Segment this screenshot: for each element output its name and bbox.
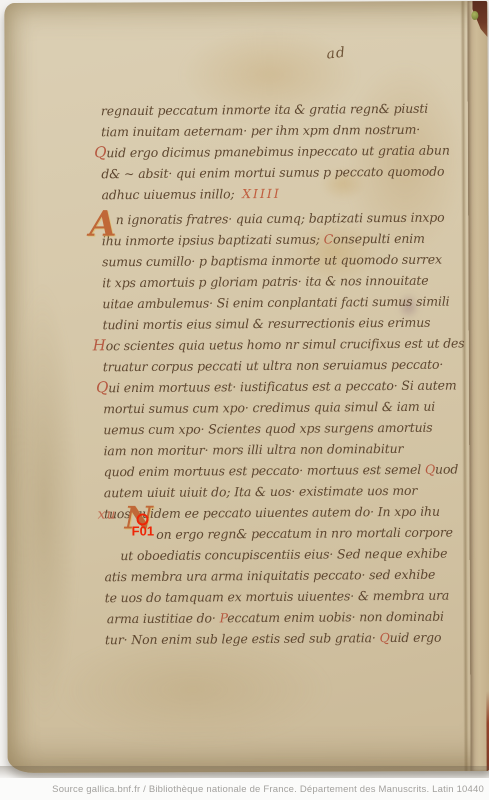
ink-text: tudini mortis eius simul & resurrectioni… — [102, 315, 430, 333]
manuscript-line: truatur corpus peccati ut ultra non seru… — [103, 353, 475, 377]
ink-text: on ergo regn& peccatum in nro mortali co… — [156, 525, 453, 542]
ink-text: regnauit peccatum inmorte ita & gratia r… — [101, 101, 428, 119]
manuscript-line: it xps amortuis p gloriam patris· ita & … — [102, 269, 474, 293]
folio-inscription: ad — [326, 45, 347, 63]
ink-text: mortui sumus cum xpo· credimus quia simu… — [103, 399, 435, 417]
page-shadow — [0, 766, 489, 778]
manuscript-line: n ignoratis fratres· quia cumq; baptizat… — [116, 206, 474, 230]
manuscript-line: sumus cumillo· p baptisma inmorte ut quo… — [102, 248, 474, 272]
manuscript-text-block: regnauit peccatum inmorte ita & gratia r… — [101, 97, 477, 650]
manuscript-line: tiam inuitam aeternam· per ihm xpm dnm n… — [101, 118, 473, 142]
ribbon-marker-icon — [471, 11, 478, 20]
manuscript-line: adhuc uiuemus inillo; XIIII — [101, 181, 473, 205]
ink-text: tur· Non enim sub lege estis sed sub gra… — [105, 630, 380, 647]
manuscript-line: on ergo regn& peccatum in nro mortali co… — [156, 521, 476, 545]
manuscript-line: uitae ambulemus· Si enim conplantati fac… — [102, 290, 474, 314]
ink-text: ui enim mortuus est· iustificatus est a … — [108, 378, 456, 396]
ink-text: uemus cum xpo· Scientes quod xps surgens… — [103, 420, 432, 438]
ink-text: ut oboediatis concupiscentiis eius· Sed … — [120, 546, 447, 564]
ink-text: uid ergo dicimus pmanebimus inpeccato ut… — [106, 143, 449, 161]
manuscript-line: regnauit peccatum inmorte ita & gratia r… — [101, 97, 473, 121]
ink-text: n ignoratis fratres· quia cumq; baptizat… — [116, 210, 445, 228]
ink-text: eccatum enim uobis· non dominabi — [227, 609, 444, 626]
manuscript-line: ihu inmorte ipsius baptizati sumus; Cons… — [102, 227, 474, 251]
parchment-shading — [8, 283, 80, 723]
rubric-text: Q — [94, 143, 106, 161]
ink-text: uod — [435, 461, 458, 476]
manuscript-line: Hoc scientes quia uetus homo nr simul cr… — [93, 332, 475, 356]
manuscript-line: te uos do tamquam ex mortuis uiuentes· &… — [105, 584, 477, 608]
ink-text: d& ~ absit· qui enim mortui sumus p pecc… — [101, 164, 444, 182]
ink-text: te uos do tamquam ex mortuis uiuentes· &… — [105, 588, 450, 606]
parchment-page: ad regnauit peccatum inmorte ita & grati… — [4, 1, 489, 773]
ink-text: autem uiuit uiuit do; Ita & uos· existim… — [104, 483, 417, 500]
rubric-text: Q — [425, 462, 435, 477]
manuscript-line: Quid ergo dicimus pmanebimus inpeccato u… — [94, 139, 473, 163]
rubric-text: C — [324, 231, 334, 246]
illuminated-initial-a: A — [89, 204, 116, 245]
ink-text: iam non moritur· mors illi ultra non dom… — [103, 441, 403, 458]
rubric-text: H — [93, 336, 106, 354]
manuscript-line: uemus cum xpo· Scientes quod xps surgens… — [103, 416, 475, 440]
manuscript-line: mortui sumus cum xpo· credimus quia simu… — [103, 395, 475, 419]
manuscript-line: tur· Non enim sub lege estis sed sub gra… — [105, 626, 477, 650]
manuscript-line: ut oboediatis concupiscentiis eius· Sed … — [120, 542, 476, 566]
ink-text: oc scientes quia uetus homo nr simul cru… — [106, 335, 465, 353]
manuscript-photo: ad regnauit peccatum inmorte ita & grati… — [0, 0, 489, 800]
ink-text: onsepulti enim — [333, 231, 425, 247]
ink-text: uitae ambulemus· Si enim conplantati fac… — [102, 294, 449, 312]
rubric-text: Q — [96, 378, 108, 396]
ink-text: quod enim mortuus est peccato· mortuus e… — [104, 462, 425, 480]
manuscript-line: autem uiuit uiuit do; Ita & uos· existim… — [104, 479, 476, 503]
ink-text: tuos quidem ee peccato uiuentes autem do… — [104, 504, 440, 522]
ink-text: tiam inuitam aeternam· per ihm xpm dnm n… — [101, 122, 420, 140]
manuscript-line: tuos quidem ee peccato uiuentes autem do… — [104, 500, 476, 524]
ink-text: adhuc uiuemus inillo; — [101, 186, 242, 202]
source-caption: Source gallica.bnf.fr / Bibliothèque nat… — [52, 784, 489, 795]
manuscript-line: iam non moritur· mors illi ultra non dom… — [103, 437, 475, 461]
manuscript-line: quod enim mortuus est peccato· mortuus e… — [104, 458, 476, 482]
annotation-label: F01 — [132, 523, 154, 538]
manuscript-line: arma iustitiae do· Peccatum enim uobis· … — [107, 605, 477, 629]
manuscript-line: d& ~ absit· qui enim mortui sumus p pecc… — [101, 160, 473, 184]
rubric-text: XIIII — [242, 186, 281, 201]
ink-text: it xps amortuis p gloriam patris· ita & … — [102, 273, 428, 291]
ink-text: atis membra ura arma iniquitatis peccato… — [104, 567, 435, 585]
manuscript-line: tudini mortis eius simul & resurrectioni… — [102, 311, 474, 335]
ink-text: ihu inmorte ipsius baptizati sumus; — [102, 232, 324, 249]
source-caption-bar: Source gallica.bnf.fr / Bibliothèque nat… — [0, 778, 489, 800]
chapter-numeral-xv: xu — [98, 507, 117, 523]
ink-text: sumus cumillo· p baptisma inmorte ut quo… — [102, 252, 442, 270]
rubric-text: Q — [379, 630, 389, 645]
ink-text: truatur corpus peccati ut ultra non seru… — [103, 357, 443, 375]
manuscript-line: Qui enim mortuus est· iustificatus est a… — [96, 374, 475, 398]
manuscript-line: atis membra ura arma iniquitatis peccato… — [104, 563, 476, 587]
ink-text: arma iustitiae do· — [107, 610, 220, 626]
ink-text: uid ergo — [390, 630, 442, 645]
